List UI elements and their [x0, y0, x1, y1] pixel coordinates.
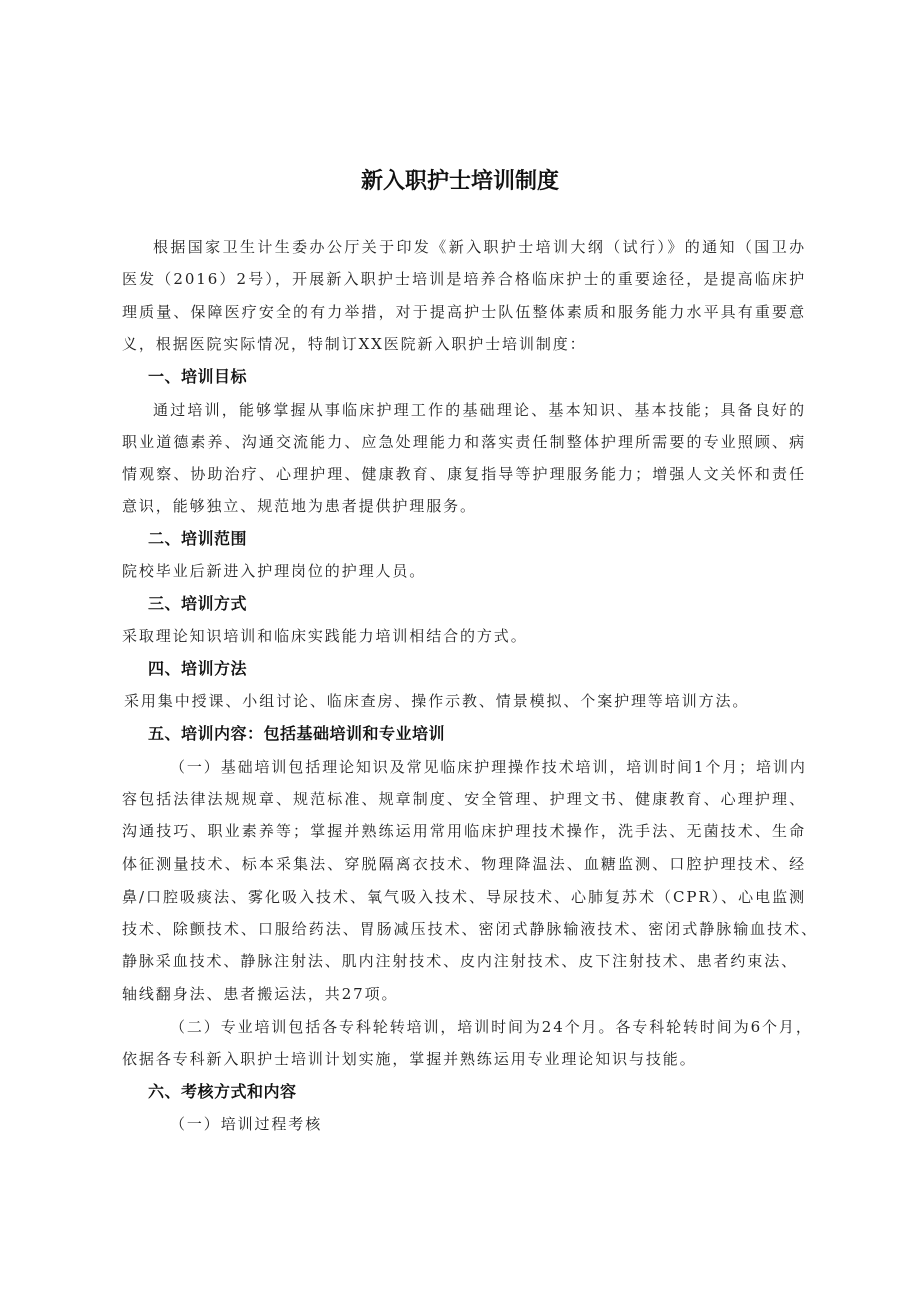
goals-line-1: 通过培训，能够掌握从事临床护理工作的基础理论、基本知识、基本技能；具备良好的 — [153, 400, 806, 420]
content-line-3: 沟通技巧、职业素养等；掌握并熟练运用常用临床护理技术操作，洗手法、无菌技术、生命 — [122, 821, 806, 841]
section-heading-mode: 三、培训方式 — [148, 593, 247, 615]
section-heading-goals: 一、培训目标 — [148, 366, 247, 388]
content-line-6: 技术、除颤技术、口服给药法、胃肠减压技术、密闭式静脉输液技术、密闭式静脉输血技术… — [122, 919, 818, 939]
intro-line-2: 医发（2016）2号），开展新入职护士培训是培养合格临床护士的重要途径，是提高临… — [122, 269, 806, 289]
goals-line-3: 情观察、协助治疗、心理护理、健康教育、康复指导等护理服务能力；增强人文关怀和责任 — [122, 464, 806, 484]
document-page: 新入职护士培训制度 根据国家卫生计生委办公厅关于印发《新入职护士培训大纲（试行）… — [0, 0, 920, 1301]
section-heading-assessment: 六、考核方式和内容 — [148, 1081, 297, 1103]
section-heading-content: 五、培训内容：包括基础培训和专业培训 — [148, 723, 445, 745]
document-title: 新入职护士培训制度 — [0, 168, 920, 196]
content-line-7: 静脉采血技术、静脉注射法、肌内注射技术、皮内注射技术、皮下注射技术、患者约束法、 — [122, 951, 796, 971]
content-line-9: （二）专业培训包括各专科轮转培训，培训时间为24个月。各专科轮转时间为6个月， — [170, 1017, 806, 1037]
content-line-1: （一）基础培训包括理论知识及常见临床护理操作技术培训，培训时间1个月；培训内 — [170, 757, 806, 777]
intro-line-3: 理质量、保障医疗安全的有力举措，对于提高护士队伍整体素质和服务能力水平具有重要意 — [122, 302, 806, 322]
section-heading-scope: 二、培训范围 — [148, 528, 247, 550]
scope-line-1: 院校毕业后新进入护理岗位的护理人员。 — [122, 561, 822, 581]
content-line-4: 体征测量技术、标本采集法、穿脱隔离衣技术、物理降温法、血糖监测、口腔护理技术、经 — [122, 854, 806, 874]
content-line-2: 容包括法律法规规章、规范标准、规章制度、安全管理、护理文书、健康教育、心理护理、 — [122, 789, 806, 809]
intro-line-4: 义，根据医院实际情况，特制订XX医院新入职护士培训制度： — [122, 334, 822, 354]
goals-line-4: 意识，能够独立、规范地为患者提供护理服务。 — [122, 496, 822, 516]
mode-line-1: 采取理论知识培训和临床实践能力培训相结合的方式。 — [122, 626, 822, 646]
assessment-line-1: （一）培训过程考核 — [170, 1114, 870, 1134]
intro-line-1: 根据国家卫生计生委办公厅关于印发《新入职护士培训大纲（试行）》的通知（国卫办 — [153, 237, 806, 257]
methods-line-1: 采用集中授课、小组讨论、临床查房、操作示教、情景模拟、个案护理等培训方法。 — [124, 691, 824, 711]
content-line-8: 轴线翻身法、患者搬运法，共27项。 — [122, 984, 822, 1004]
content-line-10: 依据各专科新入职护士培训计划实施，掌握并熟练运用专业理论知识与技能。 — [122, 1049, 822, 1069]
goals-line-2: 职业道德素养、沟通交流能力、应急处理能力和落实责任制整体护理所需要的专业照顾、病 — [122, 432, 806, 452]
content-line-5: 鼻/口腔吸痰法、雾化吸入技术、氧气吸入技术、导尿技术、心肺复苏术（CPR）、心电… — [122, 887, 806, 907]
section-heading-methods: 四、培训方法 — [148, 658, 247, 680]
